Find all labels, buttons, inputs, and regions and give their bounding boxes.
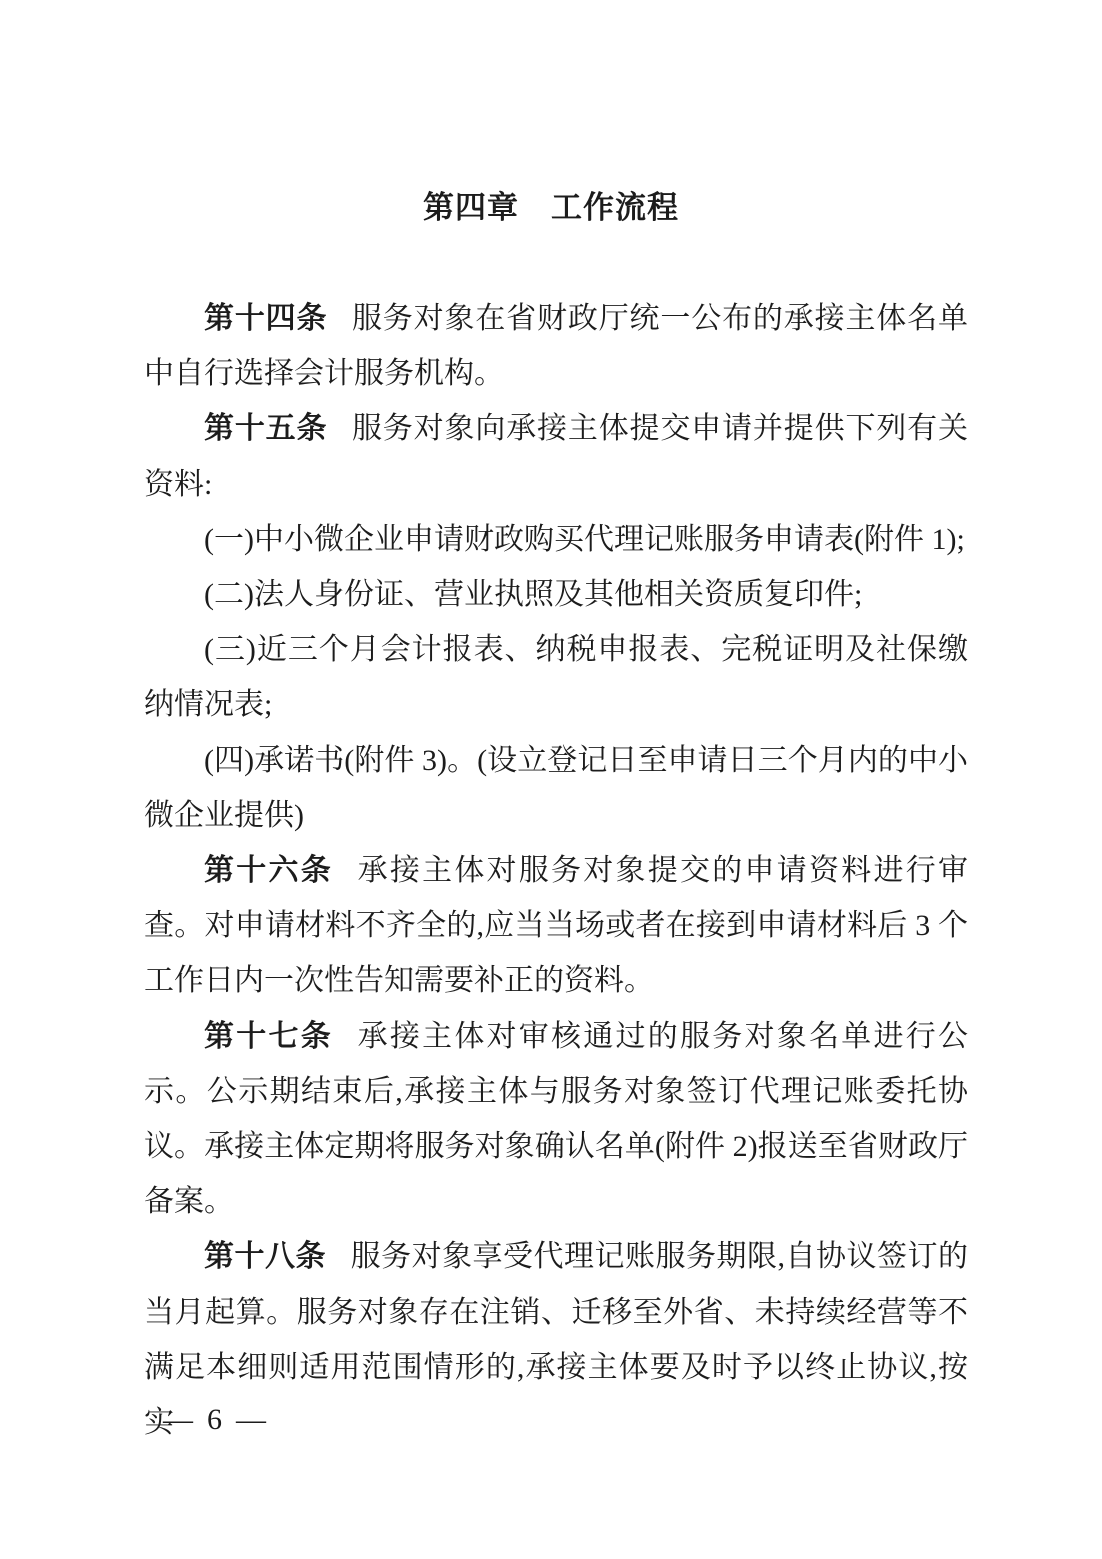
- paragraph-list-item-3: (三)近三个月会计报表、纳税申报表、完税证明及社保缴纳情况表;: [144, 622, 968, 732]
- article-15-number: 第十五条: [204, 412, 327, 445]
- page-footer: —6—: [163, 1400, 266, 1440]
- paragraph-article-14: 第十四条服务对象在省财政厅统一公布的承接主体名单中自行选择会计服务机构。: [144, 291, 968, 401]
- article-18-number: 第十八条: [204, 1240, 326, 1273]
- paragraph-article-16: 第十六条承接主体对服务对象提交的申请资料进行审查。对申请材料不齐全的,应当当场或…: [144, 843, 968, 1009]
- paragraph-article-17: 第十七条承接主体对审核通过的服务对象名单进行公示。公示期结束后,承接主体与服务对…: [144, 1009, 968, 1230]
- chapter-title: 第四章 工作流程: [0, 188, 1102, 228]
- page-number: 6: [193, 1403, 236, 1436]
- footer-dash-left: —: [163, 1403, 193, 1436]
- article-16-number: 第十六条: [204, 854, 333, 887]
- article-14-number: 第十四条: [204, 302, 327, 335]
- list-item-4-text: (四)承诺书(附件 3)。(设立登记日至申请日三个月内的中小微企业提供): [144, 744, 968, 832]
- document-page: 第四章 工作流程 第十四条服务对象在省财政厅统一公布的承接主体名单中自行选择会计…: [0, 0, 1102, 1559]
- paragraph-list-item-2: (二)法人身份证、营业执照及其他相关资质复印件;: [144, 567, 968, 622]
- paragraph-list-item-1: (一)中小微企业申请财政购买代理记账服务申请表(附件 1);: [144, 512, 968, 567]
- paragraph-article-15: 第十五条服务对象向承接主体提交申请并提供下列有关资料:: [144, 401, 968, 511]
- list-item-1-text: (一)中小微企业申请财政购买代理记账服务申请表(附件 1);: [204, 523, 965, 556]
- list-item-2-text: (二)法人身份证、营业执照及其他相关资质复印件;: [204, 578, 862, 611]
- document-body: 第十四条服务对象在省财政厅统一公布的承接主体名单中自行选择会计服务机构。 第十五…: [144, 291, 968, 1450]
- list-item-3-text: (三)近三个月会计报表、纳税申报表、完税证明及社保缴纳情况表;: [144, 633, 968, 721]
- paragraph-article-18: 第十八条服务对象享受代理记账服务期限,自协议签订的当月起算。服务对象存在注销、迁…: [144, 1229, 968, 1450]
- paragraph-list-item-4: (四)承诺书(附件 3)。(设立登记日至申请日三个月内的中小微企业提供): [144, 733, 968, 843]
- article-17-number: 第十七条: [204, 1020, 333, 1053]
- footer-dash-right: —: [236, 1403, 266, 1436]
